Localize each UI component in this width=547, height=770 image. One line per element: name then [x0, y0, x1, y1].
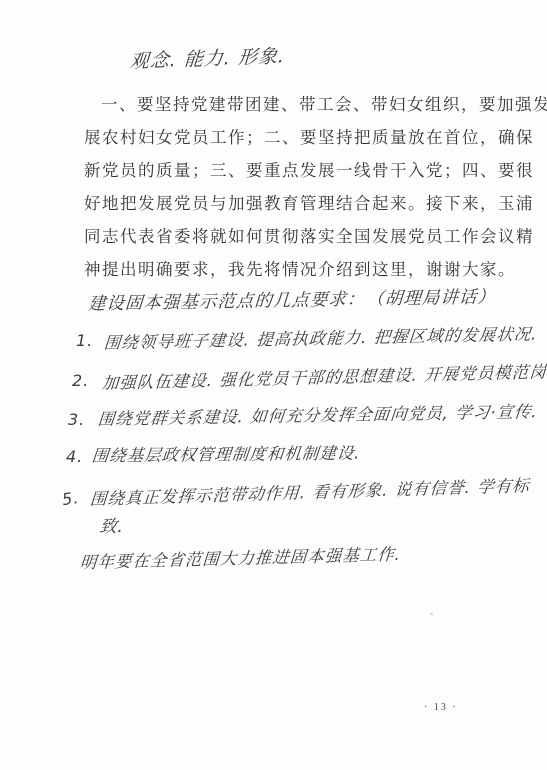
handwritten-heading: 建设固本强基示范点的几点要求： （胡理局讲话）: [87, 283, 497, 315]
handwritten-item-text: 围绕党群关系建设. 如何充分发挥全面向党员, 学习·宣传.: [97, 398, 539, 430]
handwritten-item-text: 加强队伍建设. 强化党员干部的思想建设. 开展党员模范岗.: [101, 358, 547, 394]
handwritten-item-number: 2.: [72, 371, 89, 390]
handwritten-item-number: 5.: [61, 488, 81, 509]
printed-line: 好地把发展党员与加强教育管理结合起来。接下来，玉浦: [84, 187, 512, 220]
handwritten-top-note: 观念. 能力. 形象.: [129, 41, 286, 73]
printed-line: 一、要坚持党建带团建、带工会、带妇女组织，要加强发: [84, 88, 512, 121]
printed-line: 同志代表省委将就如何贯彻落实全国发展党员工作会议精: [84, 220, 512, 253]
printed-line: 新党员的质量；三、要重点发展一线骨干入党；四、要很: [84, 154, 512, 187]
printed-paragraph: 一、要坚持党建带团建、带工会、带妇女组织，要加强发 展农村妇女党员工作；二、要坚…: [84, 88, 512, 286]
handwritten-item-number: 4.: [66, 447, 83, 466]
handwritten-item-text: 围绕领导班子建设. 提高执政能力. 把握区域的发展状况.: [103, 320, 539, 353]
handwritten-item-continuation: 致.: [99, 512, 126, 537]
document-page: 观念. 能力. 形象. 一、要坚持党建带团建、带工会、带妇女组织，要加强发 展农…: [0, 0, 547, 770]
handwritten-item-text: 围绕真正发挥示范带动作用. 看有形象. 说有信誉. 学有标: [89, 472, 531, 510]
page-number: · 13 ·: [424, 702, 458, 713]
handwritten-item-number: 3.: [68, 410, 85, 429]
printed-line: 展农村妇女党员工作；二、要坚持把质量放在首位，确保: [84, 121, 512, 154]
printed-line: 神提出明确要求，我先将情况介绍到这里，谢谢大家。: [84, 253, 512, 286]
handwritten-closing-note: 明年要在全省范围大力推进固本强基工作.: [79, 541, 402, 573]
handwritten-item-text: 围绕基层政权管理制度和机制建设.: [91, 440, 362, 467]
scan-speck: [430, 613, 433, 615]
handwritten-item-number: 1.: [76, 331, 93, 350]
